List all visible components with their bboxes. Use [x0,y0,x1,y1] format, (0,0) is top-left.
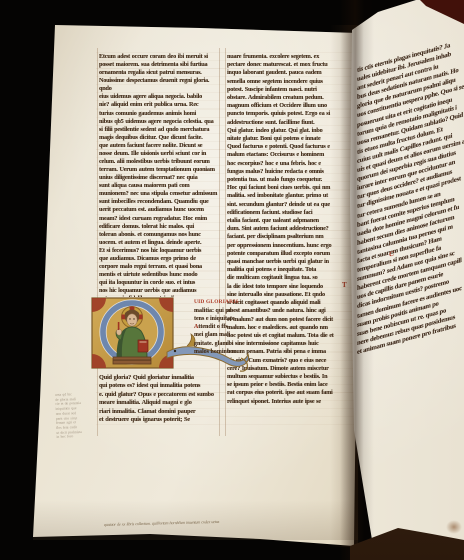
rubric-line-text: ttendit o ffs [198,324,227,330]
left-margin-gloss: nota qd hic de gloria mali cie et de pot… [55,391,105,453]
staff [118,322,120,330]
left-page-bottom-shading [33,500,358,540]
red-littera-c: C [389,249,394,258]
manuscript-photo: Etcum adest occure coram deo ibi meruit … [0,0,464,560]
gutter-shadow [340,0,374,560]
parchment-stain [446,520,462,534]
left-page-column-1-text: Etcum adest occure coram deo ibi meruit … [99,53,219,297]
rubric-line: mei glam mali [194,331,240,339]
left-page-text-below-initial: Quid gloria? Quid gloriatur inmalitia qu… [99,374,221,426]
rubric-block: UID GLORIARIS malitia: qui po tens e ini… [194,299,240,356]
rubric-line: gnitate. glam [194,340,240,348]
dragon-eye [174,350,176,352]
rubric-line: tens e iniquitate [194,315,240,323]
rubric-line: malitia: qui po [194,307,240,315]
rubric-line: Attendit o ffs [194,323,240,331]
ruling-vertical-mid2 [225,48,226,436]
rubric-line: malos hominum. [194,348,240,356]
ruling-vertical-left [97,48,98,436]
red-book [138,340,148,352]
rubric-incipit: UID GLORIARIS [194,299,240,307]
